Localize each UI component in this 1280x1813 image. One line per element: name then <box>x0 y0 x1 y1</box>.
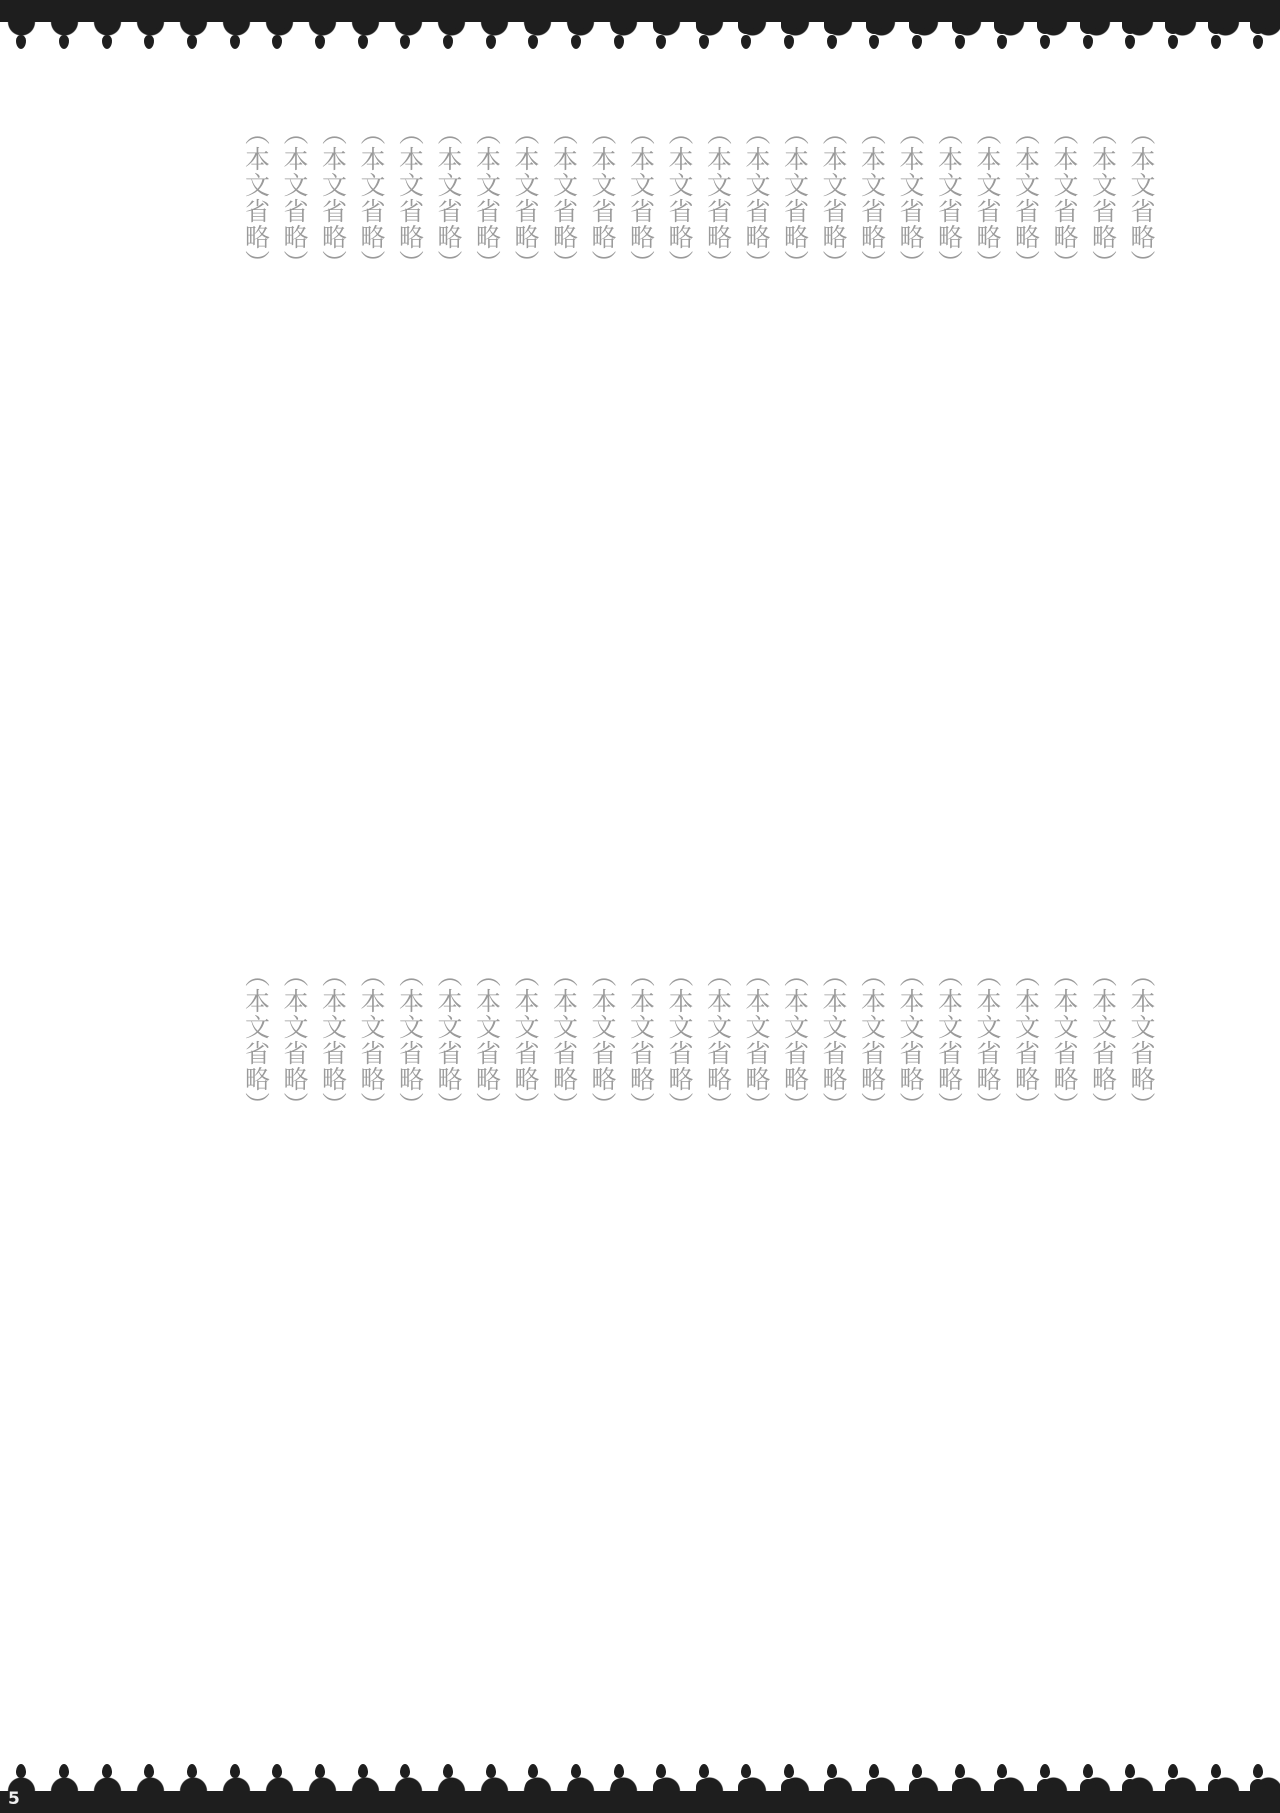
decorative-border-bottom: 5 <box>0 1757 1280 1813</box>
fleur-de-lis-icon <box>735 1761 757 1795</box>
fleur-de-lis-icon <box>394 18 416 52</box>
fleur-de-lis-icon <box>480 1761 502 1795</box>
fleur-de-lis-icon <box>53 18 75 52</box>
text-column: （本文省略） <box>737 962 776 1602</box>
text-column: （本文省略） <box>621 962 660 1602</box>
text-column: （本文省略） <box>236 120 275 760</box>
fleur-de-lis-icon <box>991 18 1013 52</box>
fleur-de-lis-icon <box>352 1761 374 1795</box>
text-column: （本文省略） <box>506 962 545 1602</box>
text-column: （本文省略） <box>275 120 314 760</box>
fleur-de-lis-icon <box>949 1761 971 1795</box>
text-column: （本文省略） <box>352 962 391 1602</box>
fleur-de-lis-icon <box>480 18 502 52</box>
fleur-de-lis-icon <box>608 18 630 52</box>
text-column: （本文省略） <box>775 120 814 760</box>
text-column: （本文省略） <box>429 962 468 1602</box>
text-column: （本文省略） <box>775 962 814 1602</box>
text-column: （本文省略） <box>467 962 506 1602</box>
fleur-de-lis-icon <box>949 18 971 52</box>
fleur-de-lis-row <box>0 1761 1280 1795</box>
fleur-de-lis-icon <box>266 18 288 52</box>
fleur-de-lis-icon <box>735 18 757 52</box>
fleur-de-lis-row <box>0 18 1280 52</box>
fleur-de-lis-icon <box>224 1761 246 1795</box>
text-column: （本文省略） <box>929 962 968 1602</box>
fleur-de-lis-icon <box>1205 18 1227 52</box>
fleur-de-lis-icon <box>138 1761 160 1795</box>
text-column: （本文省略） <box>968 120 1007 760</box>
text-column: （本文省略） <box>467 120 506 760</box>
text-column: （本文省略） <box>1083 962 1122 1602</box>
fleur-de-lis-icon <box>437 1761 459 1795</box>
fleur-de-lis-icon <box>1077 1761 1099 1795</box>
fleur-de-lis-icon <box>1034 1761 1056 1795</box>
fleur-de-lis-icon <box>96 1761 118 1795</box>
text-column: （本文省略） <box>660 120 699 760</box>
fleur-de-lis-icon <box>778 1761 800 1795</box>
fleur-de-lis-icon <box>437 18 459 52</box>
text-column: （本文省略） <box>814 120 853 760</box>
text-column: （本文省略） <box>313 120 352 760</box>
text-column: （本文省略） <box>583 962 622 1602</box>
fleur-de-lis-icon <box>863 18 885 52</box>
fleur-de-lis-icon <box>138 18 160 52</box>
text-column: （本文省略） <box>506 120 545 760</box>
fleur-de-lis-icon <box>1162 18 1184 52</box>
fleur-de-lis-icon <box>181 18 203 52</box>
text-column: （本文省略） <box>429 120 468 760</box>
fleur-de-lis-icon <box>10 18 32 52</box>
text-column: （本文省略） <box>1122 962 1161 1602</box>
text-column: （本文省略） <box>236 962 275 1602</box>
fleur-de-lis-icon <box>906 18 928 52</box>
text-column: （本文省略） <box>737 120 776 760</box>
fleur-de-lis-icon <box>650 1761 672 1795</box>
page-number: 5 <box>8 1789 20 1809</box>
fleur-de-lis-icon <box>1162 1761 1184 1795</box>
fleur-de-lis-icon <box>565 18 587 52</box>
text-block-bottom: （本文省略）（本文省略）（本文省略）（本文省略）（本文省略）（本文省略）（本文省… <box>160 962 1160 1602</box>
fleur-de-lis-icon <box>224 18 246 52</box>
fleur-de-lis-icon <box>53 1761 75 1795</box>
fleur-de-lis-icon <box>1077 18 1099 52</box>
fleur-de-lis-icon <box>522 1761 544 1795</box>
fleur-de-lis-icon <box>693 1761 715 1795</box>
text-column: （本文省略） <box>544 120 583 760</box>
text-column: （本文省略） <box>275 962 314 1602</box>
text-column: （本文省略） <box>852 962 891 1602</box>
fleur-de-lis-icon <box>650 18 672 52</box>
fleur-de-lis-icon <box>1247 18 1269 52</box>
fleur-de-lis-icon <box>309 18 331 52</box>
fleur-de-lis-icon <box>608 1761 630 1795</box>
fleur-de-lis-icon <box>821 1761 843 1795</box>
text-column: （本文省略） <box>929 120 968 760</box>
fleur-de-lis-icon <box>394 1761 416 1795</box>
fleur-de-lis-icon <box>96 18 118 52</box>
text-block-top: （本文省略）（本文省略）（本文省略）（本文省略）（本文省略）（本文省略）（本文省… <box>160 120 1160 760</box>
fleur-de-lis-icon <box>352 18 374 52</box>
fleur-de-lis-icon <box>1034 18 1056 52</box>
fleur-de-lis-icon <box>1247 1761 1269 1795</box>
text-column: （本文省略） <box>1006 120 1045 760</box>
fleur-de-lis-icon <box>1119 1761 1141 1795</box>
text-column: （本文省略） <box>313 962 352 1602</box>
fleur-de-lis-icon <box>991 1761 1013 1795</box>
text-column: （本文省略） <box>544 962 583 1602</box>
text-column: （本文省略） <box>1083 120 1122 760</box>
text-column: （本文省略） <box>891 962 930 1602</box>
fleur-de-lis-icon <box>693 18 715 52</box>
text-column: （本文省略） <box>390 120 429 760</box>
fleur-de-lis-icon <box>778 18 800 52</box>
text-column: （本文省略） <box>852 120 891 760</box>
text-column: （本文省略） <box>621 120 660 760</box>
fleur-de-lis-icon <box>1119 18 1141 52</box>
text-column: （本文省略） <box>390 962 429 1602</box>
text-column: （本文省略） <box>814 962 853 1602</box>
fleur-de-lis-icon <box>522 18 544 52</box>
text-column: （本文省略） <box>660 962 699 1602</box>
fleur-de-lis-icon <box>863 1761 885 1795</box>
text-column: （本文省略） <box>968 962 1007 1602</box>
text-column: （本文省略） <box>583 120 622 760</box>
decorative-border-top <box>0 0 1280 56</box>
fleur-de-lis-icon <box>1205 1761 1227 1795</box>
text-column: （本文省略） <box>698 962 737 1602</box>
text-column: （本文省略） <box>698 120 737 760</box>
text-column: （本文省略） <box>1122 120 1161 760</box>
text-column: （本文省略） <box>1045 962 1084 1602</box>
text-column: （本文省略） <box>1045 120 1084 760</box>
fleur-de-lis-icon <box>266 1761 288 1795</box>
text-column: （本文省略） <box>891 120 930 760</box>
fleur-de-lis-icon <box>181 1761 203 1795</box>
fleur-de-lis-icon <box>565 1761 587 1795</box>
fleur-de-lis-icon <box>309 1761 331 1795</box>
fleur-de-lis-icon <box>906 1761 928 1795</box>
fleur-de-lis-icon <box>821 18 843 52</box>
text-column: （本文省略） <box>1006 962 1045 1602</box>
text-column: （本文省略） <box>352 120 391 760</box>
